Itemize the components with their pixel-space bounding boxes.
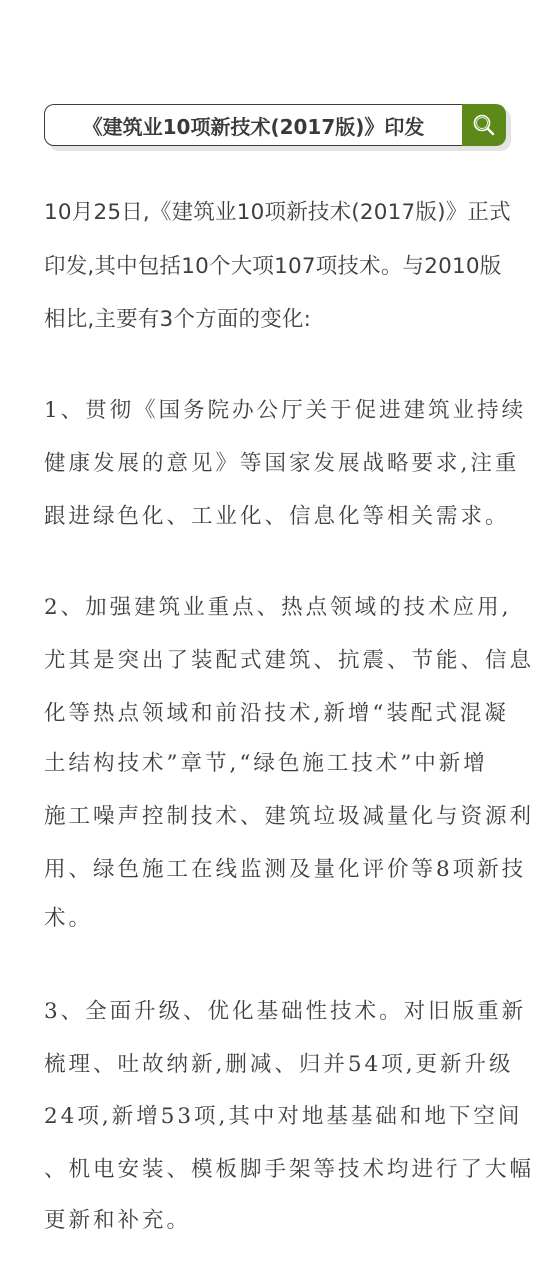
search-query-text: 《建筑业10项新技术(2017版)》印发 xyxy=(83,111,425,140)
item-line: 、机电安装、模板脚手架等技术均进行了大幅 xyxy=(44,1155,534,1185)
item-line: 梳理、吐故纳新,删减、归并54项,更新升级 xyxy=(44,1050,514,1080)
item-line: 用、绿色施工在线监测及量化评价等8项新技 xyxy=(44,855,526,885)
intro-line: 相比,主要有3个方面的变化: xyxy=(44,305,311,335)
intro-line: 10月25日,《建筑业10项新技术(2017版)》正式 xyxy=(44,198,511,228)
item-line: 尤其是突出了装配式建筑、抗震、节能、信息 xyxy=(44,646,534,676)
item-line: 跟进绿色化、工业化、信息化等相关需求。 xyxy=(44,502,510,532)
search-input[interactable]: 《建筑业10项新技术(2017版)》印发 xyxy=(44,104,462,146)
item-line: 更新和补充。 xyxy=(44,1206,191,1236)
item-line: 施工噪声控制技术、建筑垃圾减量化与资源利 xyxy=(44,802,534,832)
item-line: 1、贯彻《国务院办公厅关于促进建筑业持续 xyxy=(44,396,526,426)
item-line: 术。 xyxy=(44,904,93,934)
item-line: 化等热点领域和前沿技术,新增“装配式混凝 xyxy=(44,699,509,729)
item-line: 24项,新增53项,其中对地基基础和地下空间 xyxy=(44,1102,522,1132)
item-line: 土结构技术”章节,“绿色施工技术”中新增 xyxy=(44,749,488,779)
search-button[interactable] xyxy=(462,104,506,146)
intro-line: 印发,其中包括10个大项107项技术。与2010版 xyxy=(44,252,501,282)
search-bar: 《建筑业10项新技术(2017版)》印发 xyxy=(44,104,506,146)
search-icon xyxy=(471,112,497,138)
item-line: 3、全面升级、优化基础性技术。对旧版重新 xyxy=(44,997,526,1027)
item-line: 健康发展的意见》等国家发展战略要求,注重 xyxy=(44,449,519,479)
item-line: 2、加强建筑业重点、热点领域的技术应用, xyxy=(44,593,512,623)
